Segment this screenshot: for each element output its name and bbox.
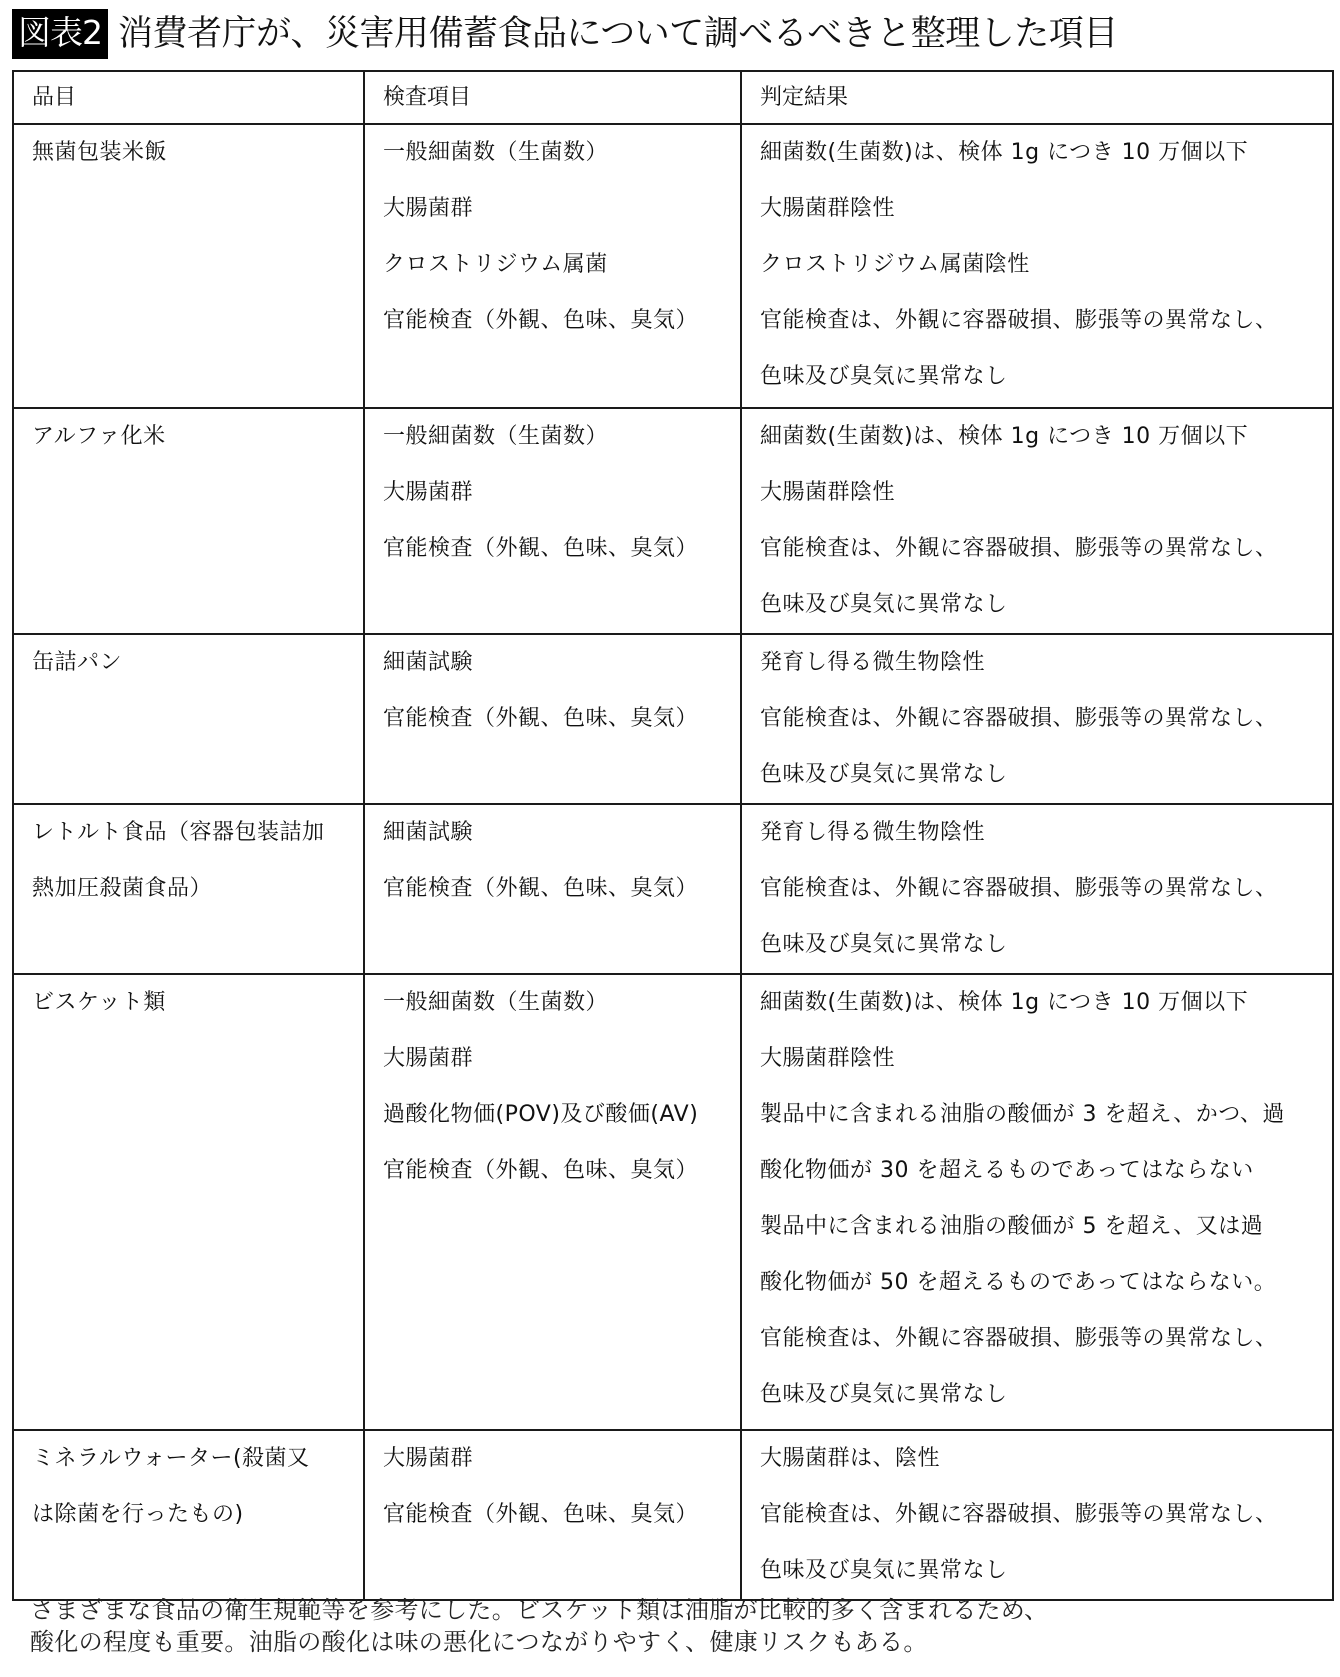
result-text: 官能検査は、外観に容器破損、膨張等の異常なし、	[760, 293, 1332, 349]
test-text: 一般細菌数（生菌数）	[383, 409, 740, 465]
result-text: 官能検査は、外観に容器破損、膨張等の異常なし、	[760, 861, 1332, 917]
test-text: 官能検査（外観、色味、臭気）	[383, 861, 740, 917]
item-text: 熱加圧殺菌食品）	[32, 861, 363, 917]
item-text: 缶詰パン	[32, 635, 363, 691]
item-text: は除菌を行ったもの)	[32, 1487, 363, 1543]
test-text: 細菌試験	[383, 635, 740, 691]
result-text: 大腸菌群陰性	[760, 1031, 1332, 1087]
result-text: クロストリジウム属菌陰性	[760, 237, 1332, 293]
footnote-line: さまざまな食品の衛生規範等を参考にした。ビスケット類は油脂が比較的多く含まれるた…	[30, 1594, 1048, 1626]
test-cell: 大腸菌群 官能検査（外観、色味、臭気）	[364, 1430, 741, 1600]
item-cell: アルファ化米	[13, 408, 364, 634]
item-cell: 無菌包装米飯	[13, 124, 364, 408]
test-text: 過酸化物価(POV)及び酸価(AV)	[383, 1087, 740, 1143]
test-cell: 一般細菌数（生菌数） 大腸菌群 クロストリジウム属菌 官能検査（外観、色味、臭気…	[364, 124, 741, 408]
test-cell: 一般細菌数（生菌数） 大腸菌群 過酸化物価(POV)及び酸価(AV) 官能検査（…	[364, 974, 741, 1430]
result-text: 細菌数(生菌数)は、検体 1g につき 10 万個以下	[760, 975, 1332, 1031]
test-text: クロストリジウム属菌	[383, 237, 740, 293]
figure-title: 消費者庁が、災害用備蓄食品について調べるべきと整理した項目	[118, 9, 1118, 59]
table-row: ビスケット類 一般細菌数（生菌数） 大腸菌群 過酸化物価(POV)及び酸価(AV…	[13, 974, 1333, 1430]
test-text: 官能検査（外観、色味、臭気）	[383, 691, 740, 747]
result-cell: 大腸菌群は、陰性 官能検査は、外観に容器破損、膨張等の異常なし、 色味及び臭気に…	[741, 1430, 1333, 1600]
item-cell: ミネラルウォーター(殺菌又 は除菌を行ったもの)	[13, 1430, 364, 1600]
test-text: 官能検査（外観、色味、臭気）	[383, 1143, 740, 1199]
item-text: アルファ化米	[32, 409, 363, 465]
table-row: ミネラルウォーター(殺菌又 は除菌を行ったもの) 大腸菌群 官能検査（外観、色味…	[13, 1430, 1333, 1600]
result-text: 官能検査は、外観に容器破損、膨張等の異常なし、	[760, 1311, 1332, 1367]
table-header-row: 品目 検査項目 判定結果	[13, 71, 1333, 124]
test-cell: 細菌試験 官能検査（外観、色味、臭気）	[364, 634, 741, 804]
footnote-line: 酸化の程度も重要。油脂の酸化は味の悪化につながりやすく、健康リスクもある。	[30, 1626, 1048, 1658]
result-text: 発育し得る微生物陰性	[760, 635, 1332, 691]
table-row: アルファ化米 一般細菌数（生菌数） 大腸菌群 官能検査（外観、色味、臭気） 細菌…	[13, 408, 1333, 634]
item-text: レトルト食品（容器包装詰加	[32, 805, 363, 861]
result-text: 官能検査は、外観に容器破損、膨張等の異常なし、	[760, 1487, 1332, 1543]
result-text: 色味及び臭気に異常なし	[760, 917, 1332, 973]
result-text: 酸化物価が 50 を超えるものであってはならない。	[760, 1255, 1332, 1311]
result-text: 大腸菌群陰性	[760, 181, 1332, 237]
test-cell: 一般細菌数（生菌数） 大腸菌群 官能検査（外観、色味、臭気）	[364, 408, 741, 634]
result-text: 細菌数(生菌数)は、検体 1g につき 10 万個以下	[760, 409, 1332, 465]
test-cell: 細菌試験 官能検査（外観、色味、臭気）	[364, 804, 741, 974]
result-cell: 細菌数(生菌数)は、検体 1g につき 10 万個以下 大腸菌群陰性 官能検査は…	[741, 408, 1333, 634]
test-text: 一般細菌数（生菌数）	[383, 125, 740, 181]
result-text: 色味及び臭気に異常なし	[760, 1367, 1332, 1423]
result-text: 酸化物価が 30 を超えるものであってはならない	[760, 1143, 1332, 1199]
item-cell: 缶詰パン	[13, 634, 364, 804]
item-cell: レトルト食品（容器包装詰加 熱加圧殺菌食品）	[13, 804, 364, 974]
result-text: 色味及び臭気に異常なし	[760, 349, 1332, 405]
test-text: 官能検査（外観、色味、臭気）	[383, 293, 740, 349]
test-text: 官能検査（外観、色味、臭気）	[383, 1487, 740, 1543]
test-text: 官能検査（外観、色味、臭気）	[383, 521, 740, 577]
result-cell: 発育し得る微生物陰性 官能検査は、外観に容器破損、膨張等の異常なし、 色味及び臭…	[741, 634, 1333, 804]
result-text: 官能検査は、外観に容器破損、膨張等の異常なし、	[760, 691, 1332, 747]
item-text: ビスケット類	[32, 975, 363, 1031]
result-text: 色味及び臭気に異常なし	[760, 577, 1332, 633]
result-text: 大腸菌群陰性	[760, 465, 1332, 521]
table-row: レトルト食品（容器包装詰加 熱加圧殺菌食品） 細菌試験 官能検査（外観、色味、臭…	[13, 804, 1333, 974]
result-cell: 細菌数(生菌数)は、検体 1g につき 10 万個以下 大腸菌群陰性 クロストリ…	[741, 124, 1333, 408]
test-text: 大腸菌群	[383, 1431, 740, 1487]
footnote: さまざまな食品の衛生規範等を参考にした。ビスケット類は油脂が比較的多く含まれるた…	[30, 1594, 1048, 1658]
header-test: 検査項目	[364, 71, 741, 124]
inspection-table: 品目 検査項目 判定結果 無菌包装米飯 一般細菌数（生菌数） 大腸菌群 クロスト…	[12, 70, 1334, 1601]
figure-label: 図表2	[12, 9, 108, 59]
item-text: 無菌包装米飯	[32, 125, 363, 181]
result-cell: 発育し得る微生物陰性 官能検査は、外観に容器破損、膨張等の異常なし、 色味及び臭…	[741, 804, 1333, 974]
result-text: 製品中に含まれる油脂の酸価が 3 を超え、かつ、過	[760, 1087, 1332, 1143]
result-text: 大腸菌群は、陰性	[760, 1431, 1332, 1487]
result-cell: 細菌数(生菌数)は、検体 1g につき 10 万個以下 大腸菌群陰性 製品中に含…	[741, 974, 1333, 1430]
result-text: 官能検査は、外観に容器破損、膨張等の異常なし、	[760, 521, 1332, 577]
test-text: 大腸菌群	[383, 465, 740, 521]
test-text: 大腸菌群	[383, 181, 740, 237]
result-text: 発育し得る微生物陰性	[760, 805, 1332, 861]
item-text: ミネラルウォーター(殺菌又	[32, 1431, 363, 1487]
result-text: 細菌数(生菌数)は、検体 1g につき 10 万個以下	[760, 125, 1332, 181]
result-text: 製品中に含まれる油脂の酸価が 5 を超え、又は過	[760, 1199, 1332, 1255]
test-text: 大腸菌群	[383, 1031, 740, 1087]
item-cell: ビスケット類	[13, 974, 364, 1430]
table-row: 無菌包装米飯 一般細菌数（生菌数） 大腸菌群 クロストリジウム属菌 官能検査（外…	[13, 124, 1333, 408]
table-row: 缶詰パン 細菌試験 官能検査（外観、色味、臭気） 発育し得る微生物陰性 官能検査…	[13, 634, 1333, 804]
header-item: 品目	[13, 71, 364, 124]
header-result: 判定結果	[741, 71, 1333, 124]
result-text: 色味及び臭気に異常なし	[760, 1543, 1332, 1599]
test-text: 細菌試験	[383, 805, 740, 861]
result-text: 色味及び臭気に異常なし	[760, 747, 1332, 803]
figure-title-bar: 図表2 消費者庁が、災害用備蓄食品について調べるべきと整理した項目	[12, 8, 1118, 60]
test-text: 一般細菌数（生菌数）	[383, 975, 740, 1031]
